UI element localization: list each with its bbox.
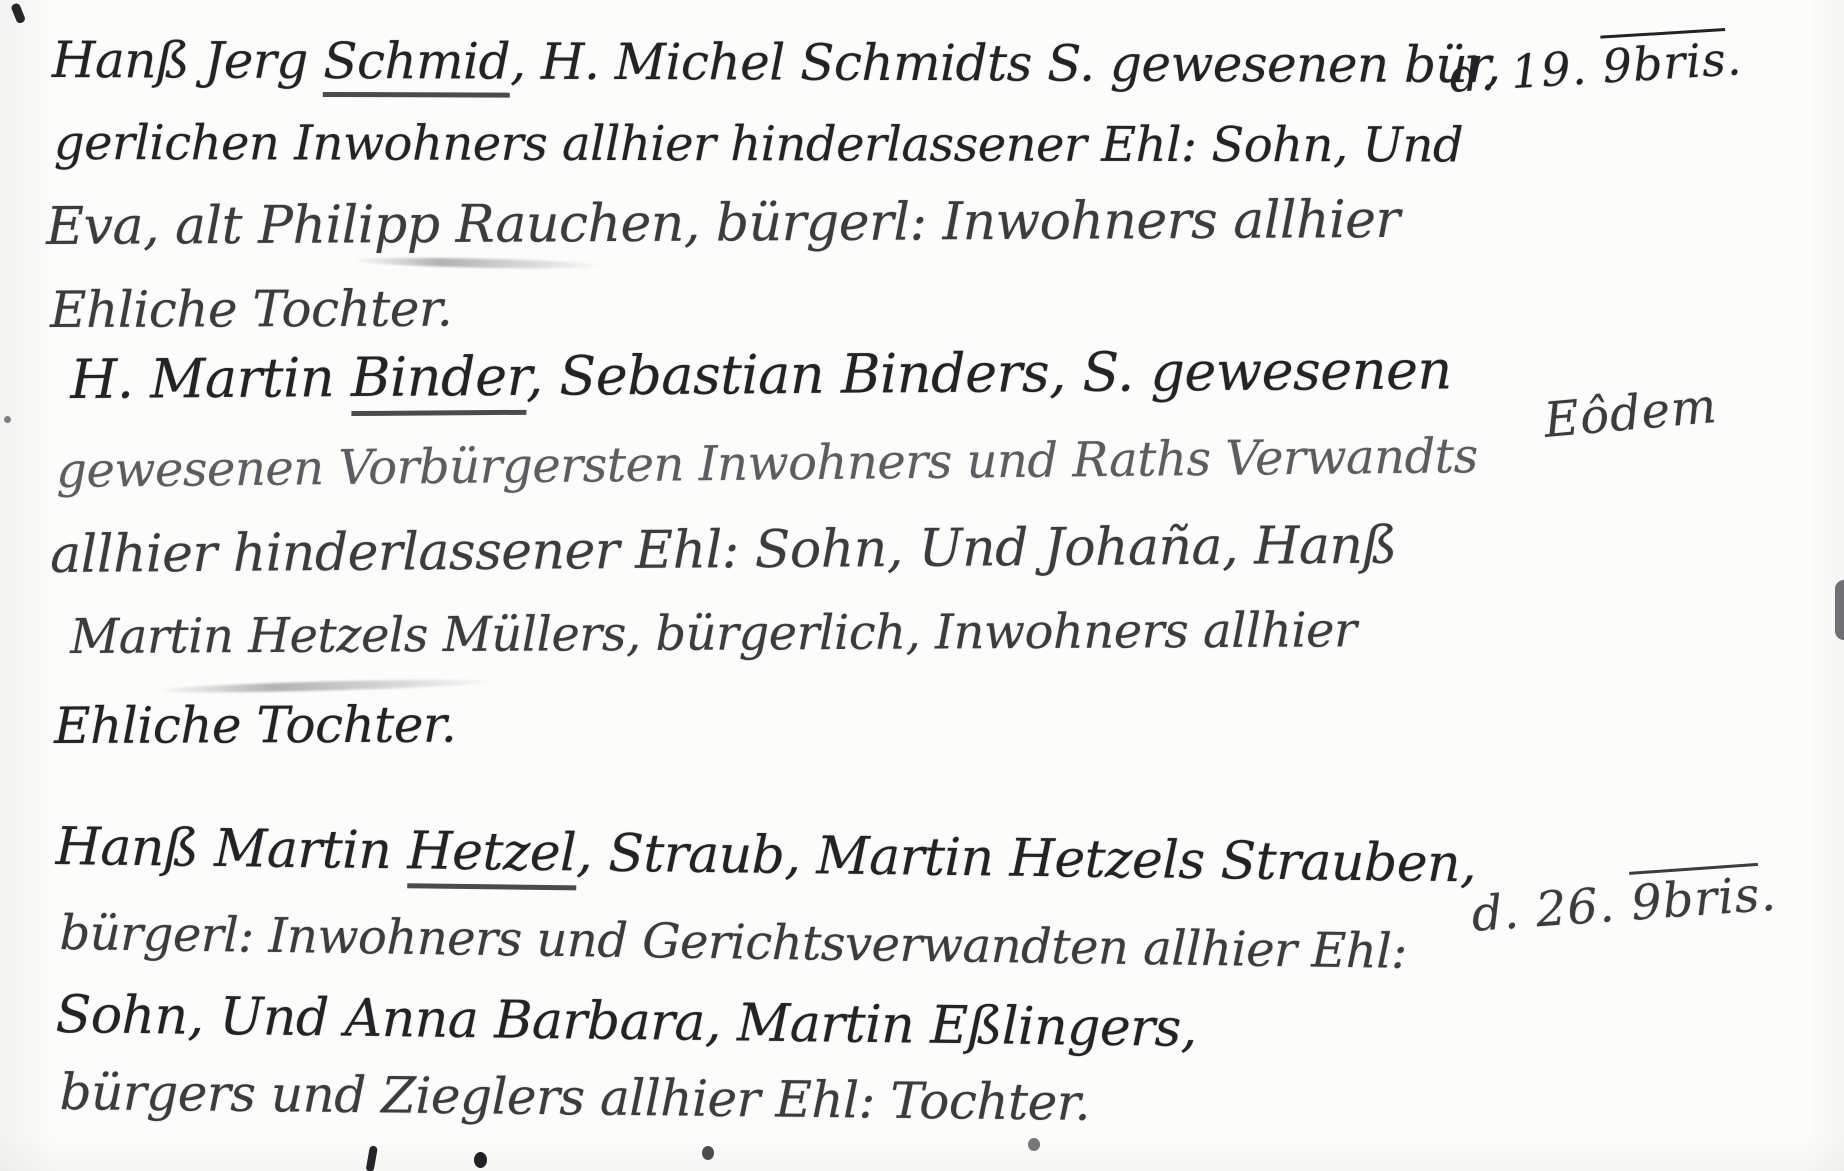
ink-mark: [474, 1152, 487, 1168]
underlined-surname: Hetzel: [407, 821, 577, 890]
manuscript-line-entry1-line3: Eva, alt Philipp Rauchen, bürgerl: Inwoh…: [46, 193, 1400, 255]
text-segment: Ehliche Tochter.: [50, 280, 452, 339]
ink-mark: [10, 2, 26, 24]
ink-mark: [1028, 1138, 1040, 1151]
text-segment: gerlichen Inwohners allhier hinderlassen…: [54, 115, 1463, 173]
text-segment: Eva, alt Philipp Rauchen, bürgerl: Inwoh…: [46, 190, 1400, 257]
margin-date-annotation-entry3: d. 26. 9bris.: [1470, 869, 1778, 941]
text-segment: allhier hinderlassener Ehl: Sohn, Und Jo…: [50, 516, 1397, 585]
text-segment: Sohn, Und Anna Barbara, Martin Eßlingers…: [55, 985, 1197, 1059]
ink-mark: [4, 416, 11, 423]
text-segment: gewesenen Vorbürgersten Inwohners und Ra…: [56, 428, 1478, 499]
ink-mark: [702, 1146, 714, 1160]
text-segment: Eôdem: [1542, 378, 1720, 449]
manuscript-line-entry2-line1: H. Martin Binder, Sebastian Binders, S. …: [70, 342, 1452, 408]
text-segment: .: [1725, 31, 1744, 86]
text-segment: bürgers und Zieglers allhier Ehl: Tochte…: [59, 1063, 1090, 1132]
manuscript-line-entry1-line4: Ehliche Tochter.: [50, 283, 452, 337]
overlined-month-abbrev: 9bris: [1629, 863, 1762, 932]
text-segment: Martin Hetzels Müllers, bürgerlich, Inwo…: [70, 602, 1357, 665]
manuscript-line-entry3-line1: Hanß Martin Hetzel, Straub, Martin Hetze…: [55, 820, 1476, 892]
manuscript-line-entry3-line2: bürgerl: Inwohners und Gerichtsverwandte…: [59, 908, 1407, 977]
text-segment: H. Martin: [70, 346, 351, 411]
text-segment: , H. Michel Schmidts S. gewesenen bür,: [510, 33, 1501, 94]
scan-edge-mark: [1835, 580, 1844, 640]
text-segment: bürgerl: Inwohners und Gerichtsverwandte…: [59, 905, 1407, 980]
text-segment: , Sebastian Binders, S. gewesenen: [526, 338, 1452, 407]
manuscript-line-entry2-line4: Martin Hetzels Müllers, bürgerlich, Inwo…: [70, 605, 1357, 662]
text-segment: , Straub, Martin Hetzels Strauben,: [576, 823, 1477, 894]
ink-smudge: [352, 256, 602, 270]
manuscript-page: Hanß Jerg Schmid, H. Michel Schmidts S. …: [0, 0, 1844, 1171]
text-segment: d. 26.: [1470, 876, 1633, 943]
text-segment: Hanß Jerg: [52, 31, 324, 90]
text-segment: d. 19.: [1448, 40, 1604, 103]
manuscript-line-entry2-line2: gewesenen Vorbürgersten Inwohners und Ra…: [56, 431, 1478, 496]
manuscript-line-entry2-line3: allhier hinderlassener Ehl: Sohn, Und Jo…: [50, 519, 1397, 583]
manuscript-line-entry1-line2: gerlichen Inwohners allhier hinderlassen…: [54, 118, 1463, 171]
manuscript-line-entry2-line5: Ehliche Tochter.: [54, 699, 456, 753]
underlined-surname: Schmid: [323, 32, 510, 98]
margin-date-annotation-entry2: Eôdem: [1542, 381, 1719, 446]
overlined-month-abbrev: 9bris: [1601, 28, 1728, 93]
manuscript-line-entry3-line4: bürgers und Zieglers allhier Ehl: Tochte…: [59, 1066, 1090, 1129]
ink-mark: [366, 1145, 378, 1171]
text-segment: .: [1758, 866, 1778, 923]
text-segment: Ehliche Tochter.: [54, 696, 456, 755]
underlined-surname: Binder: [351, 345, 527, 416]
text-segment: Hanß Martin: [55, 817, 407, 881]
manuscript-line-entry3-line3: Sohn, Und Anna Barbara, Martin Eßlingers…: [55, 988, 1197, 1057]
ink-smudge: [155, 677, 495, 695]
manuscript-line-entry1-line1: Hanß Jerg Schmid, H. Michel Schmidts S. …: [52, 34, 1501, 92]
